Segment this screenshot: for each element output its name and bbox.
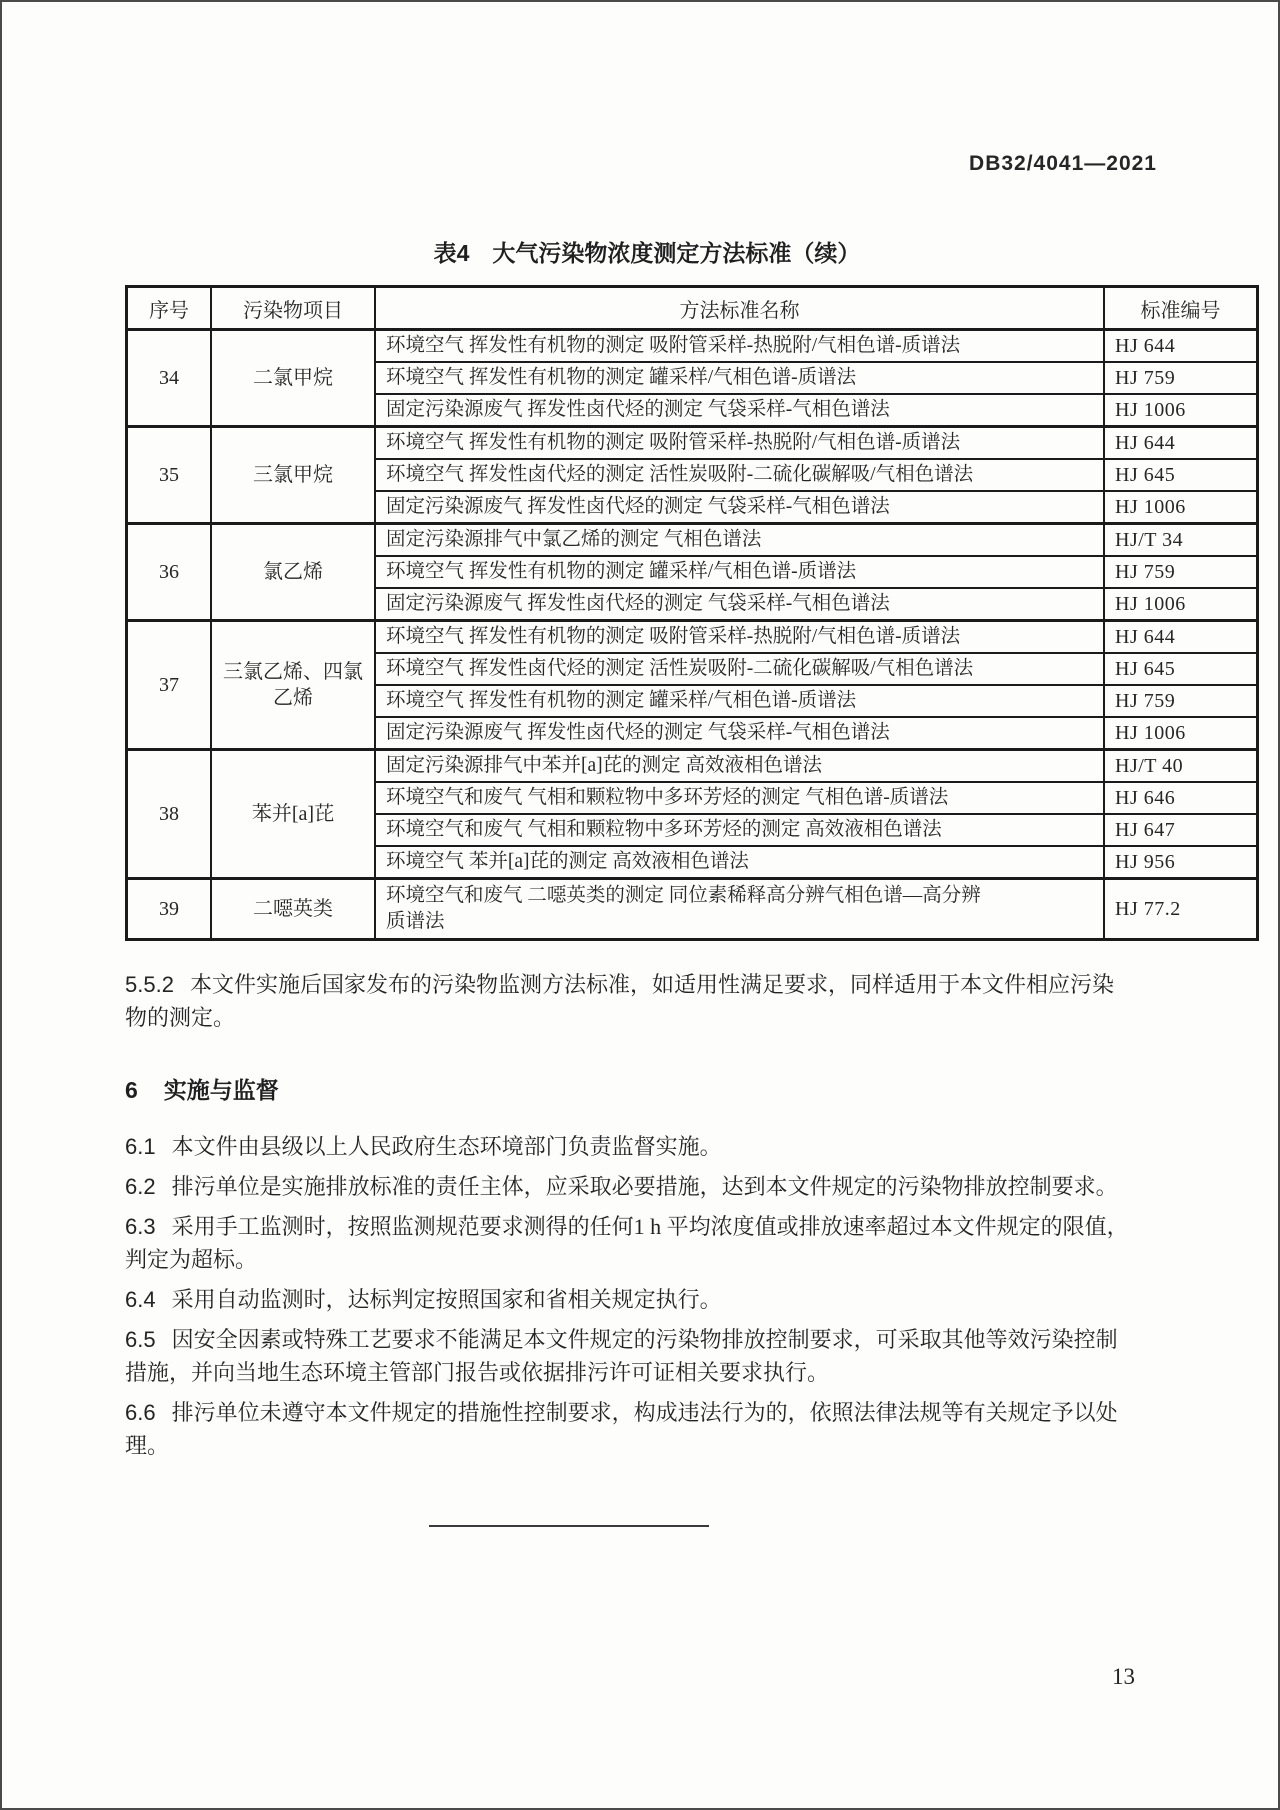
column-header: 标准编号	[1104, 287, 1258, 330]
method-name-cell: 固定污染源废气 挥发性卤代烃的测定 气袋采样-气相色谱法	[375, 717, 1104, 750]
clause-number: 5.5.2	[125, 972, 174, 997]
clause-6-2: 6.2排污单位是实施排放标准的责任主体，应采取必要措施，达到本文件规定的污染物排…	[125, 1170, 1159, 1203]
section-number: 6	[125, 1077, 138, 1103]
standard-code-cell: HJ 644	[1104, 427, 1258, 460]
standard-code-cell: HJ/T 40	[1104, 750, 1258, 783]
clause-text: 排污单位未遵守本文件规定的措施性控制要求，构成违法行为的，依照法律法规等有关规定…	[125, 1400, 1118, 1458]
method-name-cell: 环境空气 挥发性有机物的测定 吸附管采样-热脱附/气相色谱-质谱法	[375, 427, 1104, 460]
clause-number: 6.1	[125, 1134, 156, 1159]
table-header-row: 序号污染物项目方法标准名称标准编号	[127, 287, 1258, 330]
method-name-cell: 固定污染源废气 挥发性卤代烃的测定 气袋采样-气相色谱法	[375, 588, 1104, 621]
method-name-cell: 环境空气 挥发性卤代烃的测定 活性炭吸附-二硫化碳解吸/气相色谱法	[375, 459, 1104, 491]
column-header: 污染物项目	[211, 287, 375, 330]
clause-text: 排污单位是实施排放标准的责任主体，应采取必要措施，达到本文件规定的污染物排放控制…	[172, 1174, 1118, 1199]
clause-text: 本文件实施后国家发布的污染物监测方法标准，如适用性满足要求，同样适用于本文件相应…	[125, 972, 1114, 1030]
method-name-cell: 固定污染源废气 挥发性卤代烃的测定 气袋采样-气相色谱法	[375, 394, 1104, 427]
table-title: 表4 大气污染物浓度测定方法标准（续）	[125, 235, 1169, 268]
method-name-cell: 环境空气 挥发性有机物的测定 罐采样/气相色谱-质谱法	[375, 556, 1104, 588]
pollutant-cell: 二氯甲烷	[211, 330, 375, 427]
method-name-cell: 环境空气 挥发性卤代烃的测定 活性炭吸附-二硫化碳解吸/气相色谱法	[375, 653, 1104, 685]
serial-number-cell: 36	[127, 524, 212, 621]
standard-code-cell: HJ 1006	[1104, 394, 1258, 427]
clause-6-3: 6.3采用手工监测时，按照监测规范要求测得的任何1 h 平均浓度值或排放速率超过…	[125, 1210, 1159, 1276]
clause-number: 6.5	[125, 1327, 156, 1352]
clause-number: 6.3	[125, 1214, 156, 1239]
section-6-clauses: 6.1本文件由县级以上人民政府生态环境部门负责监督实施。6.2排污单位是实施排放…	[125, 1130, 1159, 1469]
method-name-cell: 环境空气 挥发性有机物的测定 罐采样/气相色谱-质谱法	[375, 685, 1104, 717]
table-row: 39二噁英类环境空气和废气 二噁英类的测定 同位素稀释高分辨气相色谱—高分辨 质…	[127, 879, 1258, 940]
standard-code-cell: HJ 647	[1104, 814, 1258, 846]
document-page: DB32/4041—2021 表4 大气污染物浓度测定方法标准（续） 序号污染物…	[0, 0, 1280, 1810]
serial-number-cell: 35	[127, 427, 212, 524]
table-row: 34二氯甲烷环境空气 挥发性有机物的测定 吸附管采样-热脱附/气相色谱-质谱法H…	[127, 330, 1258, 363]
serial-number-cell: 34	[127, 330, 212, 427]
end-of-text-divider	[429, 1525, 709, 1527]
clause-number: 6.6	[125, 1400, 156, 1425]
standard-code-cell: HJ 644	[1104, 621, 1258, 654]
clause-text: 采用手工监测时，按照监测规范要求测得的任何1 h 平均浓度值或排放速率超过本文件…	[125, 1214, 1129, 1272]
standard-code-cell: HJ 646	[1104, 782, 1258, 814]
column-header: 方法标准名称	[375, 287, 1104, 330]
table-row: 37三氯乙烯、四氯乙烯环境空气 挥发性有机物的测定 吸附管采样-热脱附/气相色谱…	[127, 621, 1258, 654]
pollutant-cell: 苯并[a]芘	[211, 750, 375, 879]
pollutant-cell: 二噁英类	[211, 879, 375, 940]
clause-text: 因安全因素或特殊工艺要求不能满足本文件规定的污染物排放控制要求，可采取其他等效污…	[125, 1327, 1118, 1385]
section-title: 实施与监督	[164, 1077, 279, 1103]
table-row: 35三氯甲烷环境空气 挥发性有机物的测定 吸附管采样-热脱附/气相色谱-质谱法H…	[127, 427, 1258, 460]
clause-number: 6.4	[125, 1287, 156, 1312]
clause-5-5-2: 5.5.2本文件实施后国家发布的污染物监测方法标准，如适用性满足要求，同样适用于…	[125, 968, 1159, 1034]
method-name-cell: 环境空气 挥发性有机物的测定 罐采样/气相色谱-质谱法	[375, 362, 1104, 394]
standard-code-cell: HJ 1006	[1104, 588, 1258, 621]
method-name-cell: 环境空气 挥发性有机物的测定 吸附管采样-热脱附/气相色谱-质谱法	[375, 621, 1104, 654]
pollutant-cell: 三氯甲烷	[211, 427, 375, 524]
method-name-cell: 环境空气和废气 气相和颗粒物中多环芳烃的测定 气相色谱-质谱法	[375, 782, 1104, 814]
method-name-cell: 环境空气和废气 二噁英类的测定 同位素稀释高分辨气相色谱—高分辨 质谱法	[375, 879, 1104, 940]
serial-number-cell: 38	[127, 750, 212, 879]
clause-6-5: 6.5因安全因素或特殊工艺要求不能满足本文件规定的污染物排放控制要求，可采取其他…	[125, 1323, 1159, 1389]
table-row: 36氯乙烯固定污染源排气中氯乙烯的测定 气相色谱法HJ/T 34	[127, 524, 1258, 557]
table-row: 38苯并[a]芘固定污染源排气中苯并[a]芘的测定 高效液相色谱法HJ/T 40	[127, 750, 1258, 783]
standard-code-cell: HJ 759	[1104, 362, 1258, 394]
standard-number-header: DB32/4041—2021	[969, 152, 1157, 176]
pollutant-cell: 氯乙烯	[211, 524, 375, 621]
standard-code-cell: HJ 956	[1104, 846, 1258, 879]
method-name-cell: 环境空气和废气 气相和颗粒物中多环芳烃的测定 高效液相色谱法	[375, 814, 1104, 846]
methods-table: 序号污染物项目方法标准名称标准编号 34二氯甲烷环境空气 挥发性有机物的测定 吸…	[125, 285, 1259, 941]
page-number: 13	[1112, 1664, 1135, 1690]
clause-6-4: 6.4采用自动监测时，达标判定按照国家和省相关规定执行。	[125, 1283, 1159, 1316]
clause-number: 6.2	[125, 1174, 156, 1199]
clause-6-6: 6.6排污单位未遵守本文件规定的措施性控制要求，构成违法行为的，依照法律法规等有…	[125, 1396, 1159, 1462]
standard-code-cell: HJ 77.2	[1104, 879, 1258, 940]
serial-number-cell: 37	[127, 621, 212, 750]
method-name-cell: 固定污染源排气中氯乙烯的测定 气相色谱法	[375, 524, 1104, 557]
standard-code-cell: HJ 1006	[1104, 717, 1258, 750]
pollutant-cell: 三氯乙烯、四氯乙烯	[211, 621, 375, 750]
clause-text: 采用自动监测时，达标判定按照国家和省相关规定执行。	[172, 1287, 722, 1312]
column-header: 序号	[127, 287, 212, 330]
standard-code-cell: HJ/T 34	[1104, 524, 1258, 557]
standard-code-cell: HJ 1006	[1104, 491, 1258, 524]
standard-code-cell: HJ 759	[1104, 556, 1258, 588]
method-name-cell: 环境空气 挥发性有机物的测定 吸附管采样-热脱附/气相色谱-质谱法	[375, 330, 1104, 363]
standard-code-cell: HJ 759	[1104, 685, 1258, 717]
method-name-cell: 固定污染源废气 挥发性卤代烃的测定 气袋采样-气相色谱法	[375, 491, 1104, 524]
standard-code-cell: HJ 645	[1104, 653, 1258, 685]
clause-text: 本文件由县级以上人民政府生态环境部门负责监督实施。	[172, 1134, 722, 1159]
method-name-cell: 固定污染源排气中苯并[a]芘的测定 高效液相色谱法	[375, 750, 1104, 783]
standard-code-cell: HJ 644	[1104, 330, 1258, 363]
clause-6-1: 6.1本文件由县级以上人民政府生态环境部门负责监督实施。	[125, 1130, 1159, 1163]
section-6-heading: 6实施与监督	[125, 1072, 279, 1105]
serial-number-cell: 39	[127, 879, 212, 940]
standard-code-cell: HJ 645	[1104, 459, 1258, 491]
method-name-cell: 环境空气 苯并[a]芘的测定 高效液相色谱法	[375, 846, 1104, 879]
